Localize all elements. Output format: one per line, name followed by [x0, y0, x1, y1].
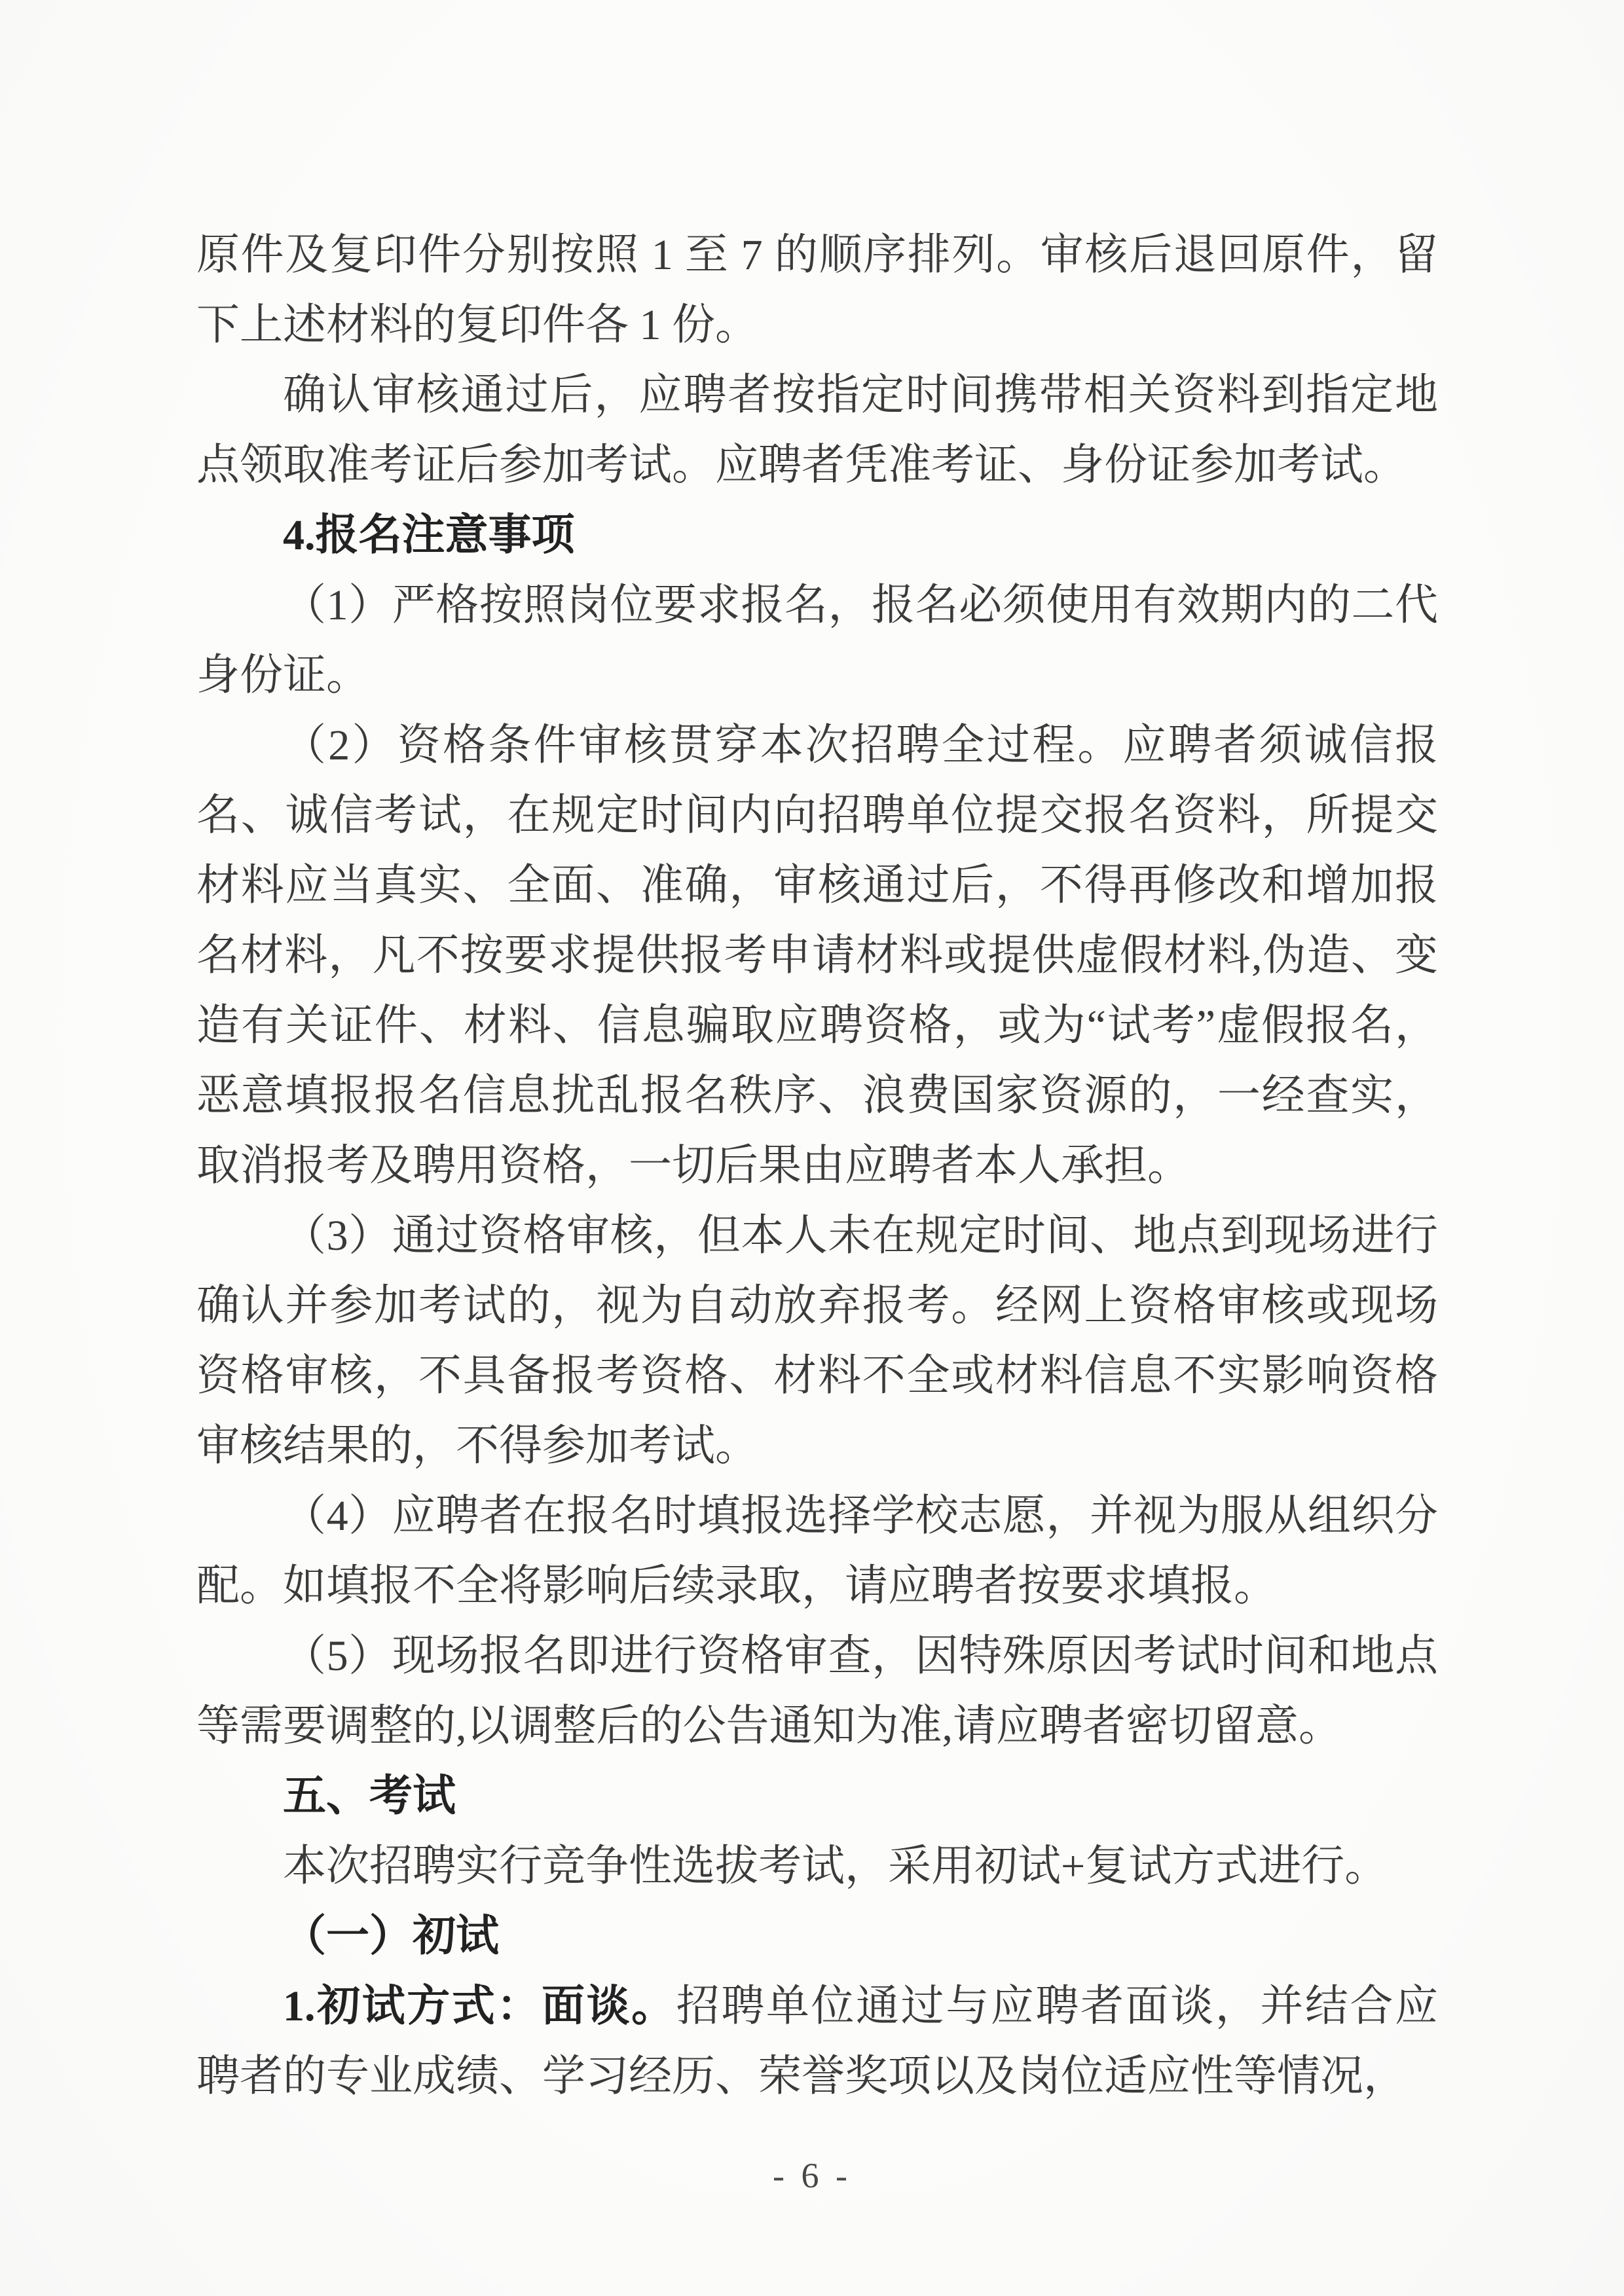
heading-paragraph: 4.报名注意事项: [196, 500, 1438, 570]
document-body: 原件及复印件分别按照 1 至 7 的顺序排列。审核后退回原件，留下上述材料的复印…: [196, 220, 1438, 2111]
body-paragraph: 1.初试方式：面谈。招聘单位通过与应聘者面谈，并结合应聘者的专业成绩、学习经历、…: [196, 1971, 1438, 2111]
body-paragraph: （5）现场报名即进行资格审查，因特殊原因考试时间和地点等需要调整的,以调整后的公…: [196, 1621, 1438, 1761]
scanned-document-page: 原件及复印件分别按照 1 至 7 的顺序排列。审核后退回原件，留下上述材料的复印…: [0, 0, 1624, 2296]
body-paragraph: 原件及复印件分别按照 1 至 7 的顺序排列。审核后退回原件，留下上述材料的复印…: [196, 220, 1438, 360]
text-run: （4）应聘者在报名时填报选择学校志愿，并视为服从组织分配。如填报不全将影响后续录…: [196, 1492, 1438, 1610]
text-run: （5）现场报名即进行资格审查，因特殊原因考试时间和地点等需要调整的,以调整后的公…: [196, 1632, 1438, 1750]
body-paragraph: 确认审核通过后，应聘者按指定时间携带相关资料到指定地点领取准考证后参加考试。应聘…: [196, 360, 1438, 500]
bold-text-run: 4.报名注意事项: [283, 511, 575, 559]
bold-text-run: 五、考试: [283, 1772, 456, 1820]
page-number: - 6 -: [0, 2155, 1624, 2196]
text-run: 原件及复印件分别按照 1 至 7 的顺序排列。审核后退回原件，留下上述材料的复印…: [196, 231, 1438, 349]
heading-paragraph: 五、考试: [196, 1761, 1438, 1831]
text-run: 本次招聘实行竞争性选拔考试，采用初试+复试方式进行。: [283, 1842, 1388, 1890]
body-paragraph: （2）资格条件审核贯穿本次招聘全过程。应聘者须诚信报名、诚信考试，在规定时间内向…: [196, 710, 1438, 1201]
text-run: （1）严格按照岗位要求报名，报名必须使用有效期内的二代身份证。: [196, 581, 1438, 699]
body-paragraph: （4）应聘者在报名时填报选择学校志愿，并视为服从组织分配。如填报不全将影响后续录…: [196, 1481, 1438, 1621]
body-paragraph: （1）严格按照岗位要求报名，报名必须使用有效期内的二代身份证。: [196, 570, 1438, 710]
body-paragraph: 本次招聘实行竞争性选拔考试，采用初试+复试方式进行。: [196, 1831, 1438, 1901]
bold-text-run: （一）初试: [283, 1912, 499, 1960]
body-paragraph: （3）通过资格审核，但本人未在规定时间、地点到现场进行确认并参加考试的，视为自动…: [196, 1201, 1438, 1481]
text-run: 确认审核通过后，应聘者按指定时间携带相关资料到指定地点领取准考证后参加考试。应聘…: [196, 371, 1438, 489]
text-run: （2）资格条件审核贯穿本次招聘全过程。应聘者须诚信报名、诚信考试，在规定时间内向…: [196, 721, 1438, 1190]
heading-paragraph: （一）初试: [196, 1901, 1438, 1971]
text-run: （3）通过资格审核，但本人未在规定时间、地点到现场进行确认并参加考试的，视为自动…: [196, 1212, 1438, 1470]
bold-text-run: 1.初试方式：面谈。: [283, 1982, 676, 2030]
